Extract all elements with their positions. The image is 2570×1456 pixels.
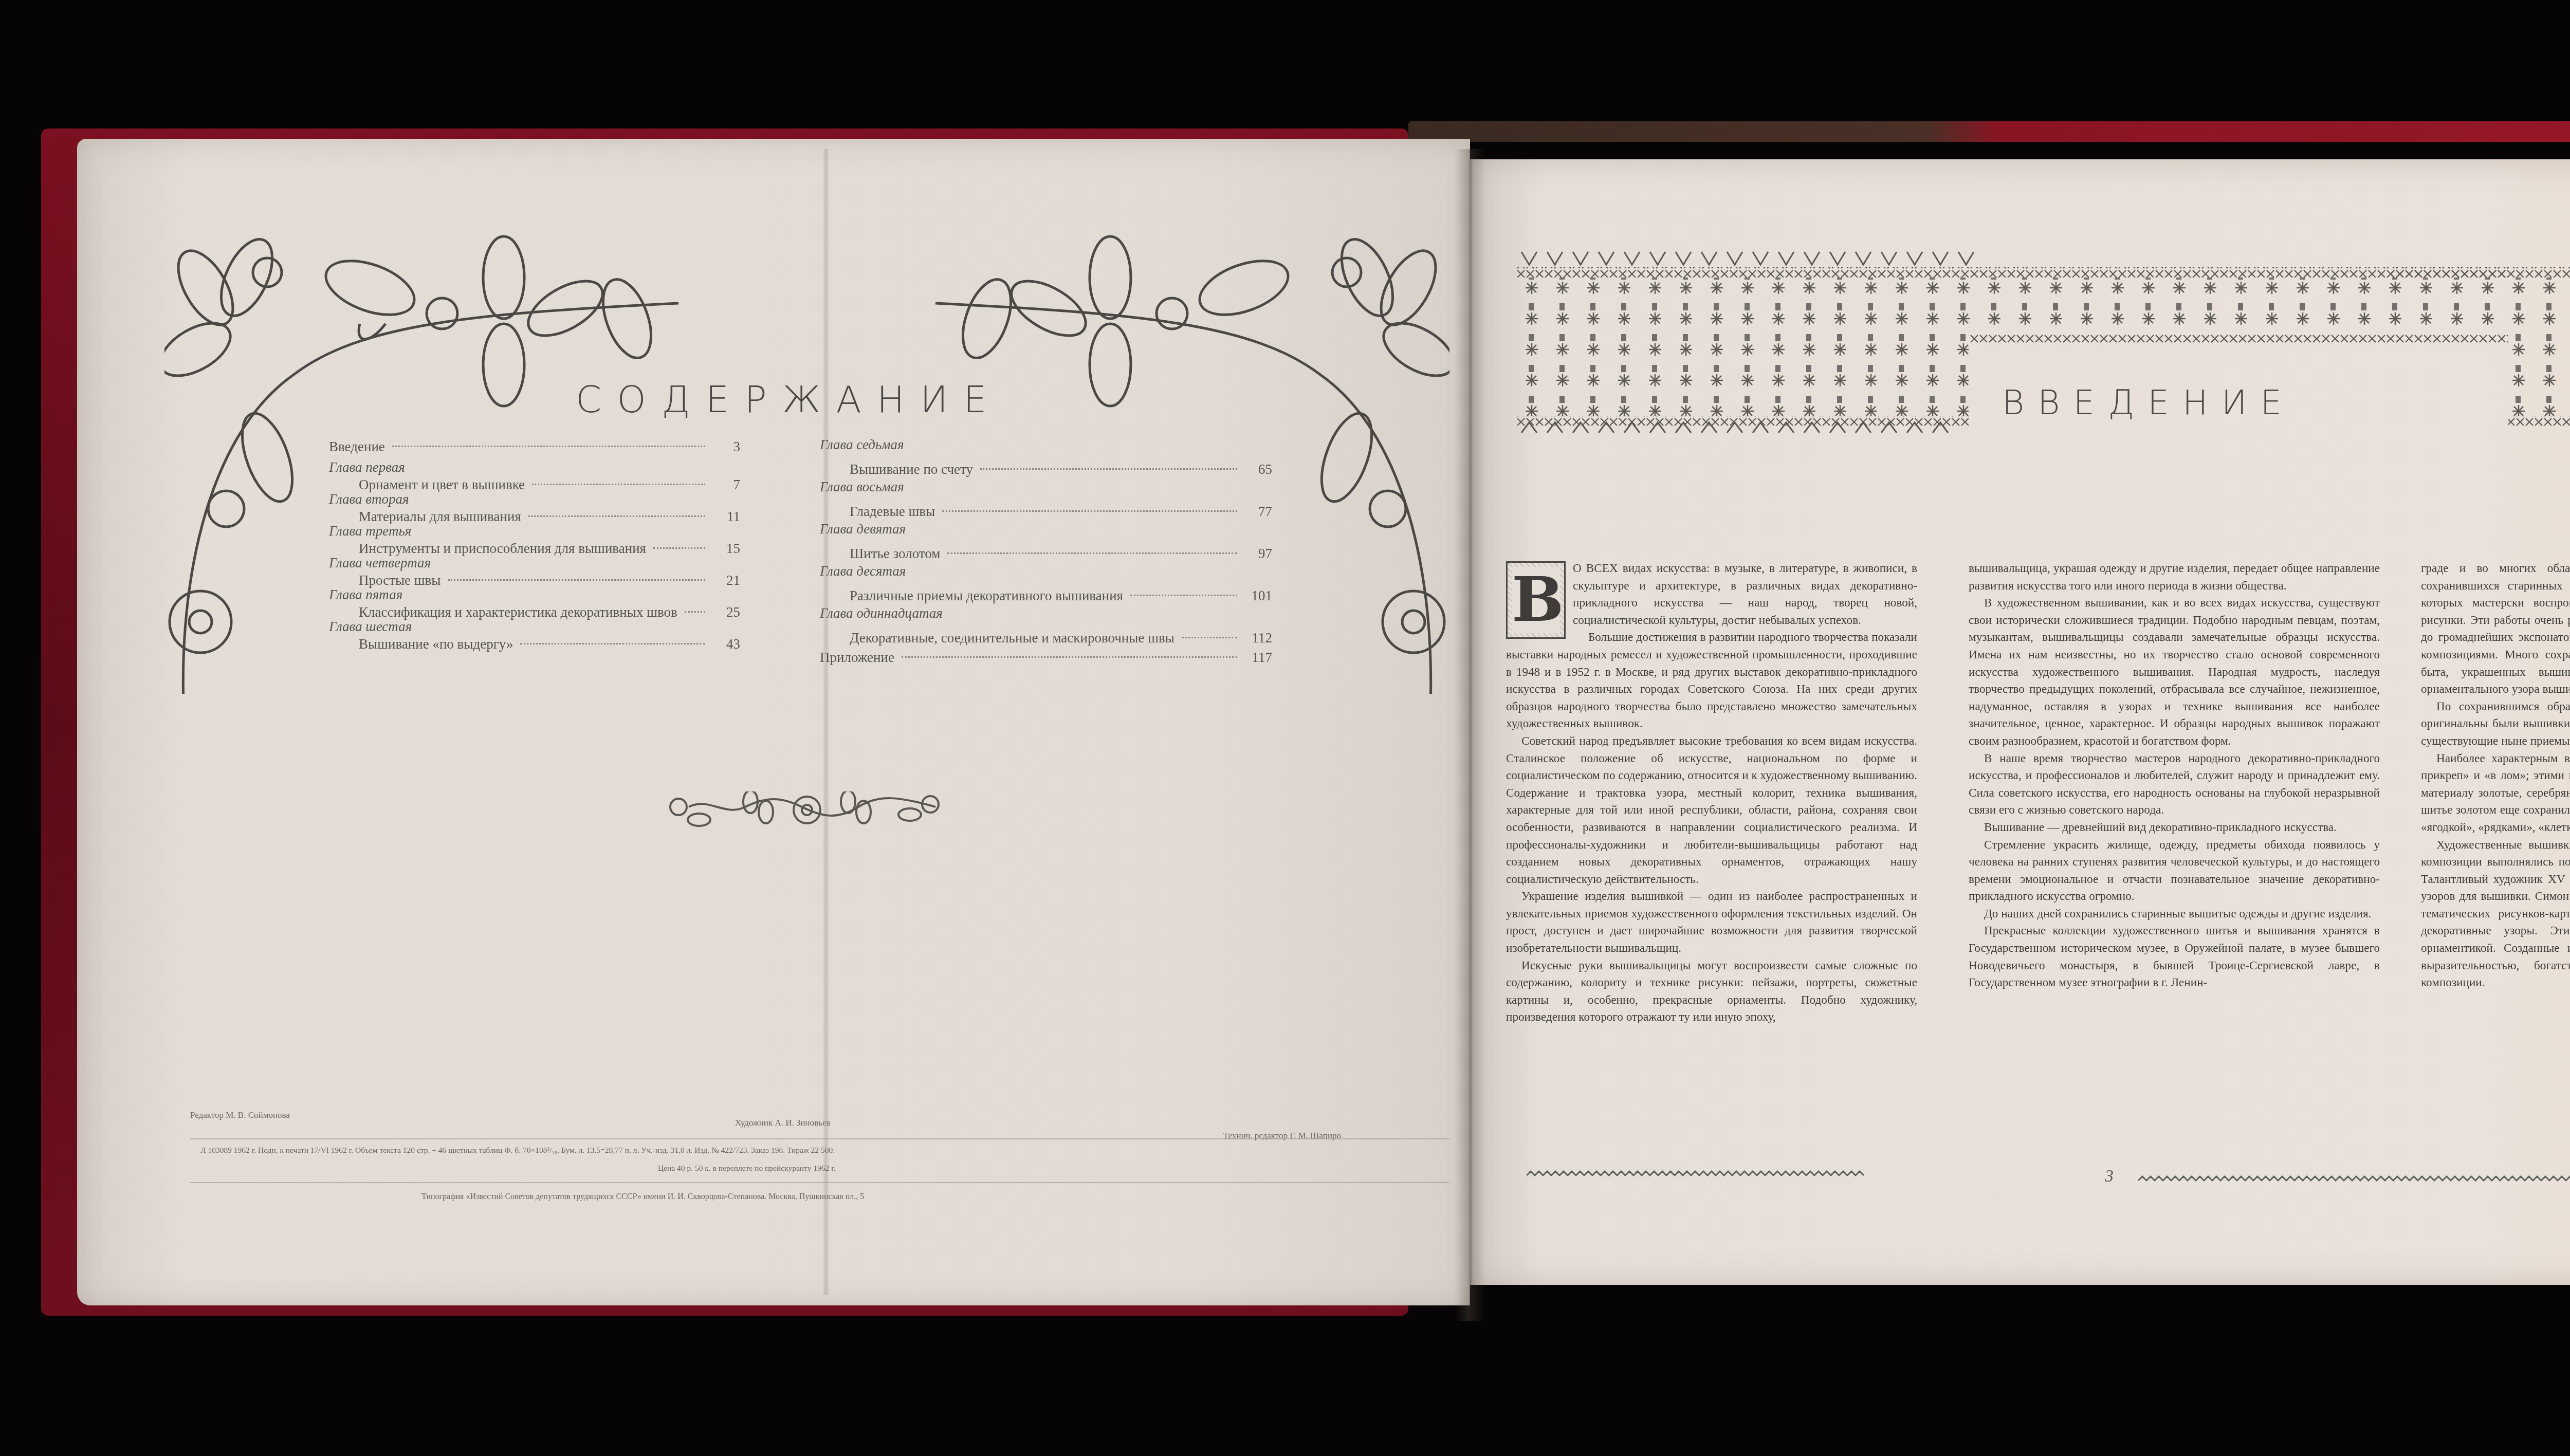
toc-entry[interactable]: Глава первая Орнамент и цвет в вышивке7 — [329, 459, 740, 491]
page-number: 3 — [2105, 1167, 2114, 1186]
paragraph: По сохранившимся образцам можно судить, … — [2421, 698, 2570, 750]
imprint-artist: Художник А. И. Зиновьев — [735, 1118, 831, 1128]
toc-entry-page: 101 — [1244, 588, 1272, 603]
toc-chapter-label: Глава седьмая — [820, 437, 1272, 452]
toc-entry-title: Декоративные, соединительные и маскирово… — [850, 630, 1174, 646]
imprint-tech-editor: Технич. редактор Г. М. Шапиро — [1223, 1131, 1341, 1141]
paragraph: В художественном вышивании, как и во все… — [1969, 595, 2380, 750]
toc-chapter-label: Глава вторая — [329, 491, 740, 507]
text-column-2: вышивальщица, украшая одежду и другие из… — [1969, 560, 2380, 992]
imprint-details: Л 103089 1962 г. Подп. к печати 17/VI 19… — [200, 1146, 835, 1155]
paragraph: граде и во многих областных краеведчески… — [2421, 560, 2570, 698]
imprint-rule — [190, 1182, 1449, 1183]
toc-entry[interactable]: Глава седьмая Вышивание по счету65 — [820, 437, 1272, 479]
toc-entry-page: 21 — [712, 573, 740, 588]
paragraph: Художественные вышивки, особенно большие… — [2421, 837, 2570, 992]
paragraph: Вышивание — древнейший вид декоративно-п… — [1969, 819, 2380, 837]
paragraph: Прекрасные коллекции художественного шит… — [1969, 923, 2380, 991]
toc-entry-page: 43 — [712, 636, 740, 652]
toc-chapter-label: Глава одиннадцатая — [820, 605, 1272, 621]
paragraph: Наиболее характерным видом золотошвейных… — [2421, 750, 2570, 837]
toc-entry[interactable]: Глава пятая Классификация и характеристи… — [329, 587, 740, 619]
toc-entry[interactable]: Глава вторая Материалы для вышивания11 — [329, 491, 740, 523]
toc-chapter-label: Глава третья — [329, 523, 740, 539]
toc-entry[interactable]: Глава десятая Различные приемы декоратив… — [820, 563, 1272, 605]
toc-entry[interactable]: Глава восьмая Гладевые швы77 — [820, 479, 1272, 521]
toc-entry-title: Материалы для вышивания — [359, 509, 521, 524]
toc-chapter-label: Глава девятая — [820, 521, 1272, 537]
paragraph: Советский народ предъявляет высокие треб… — [1506, 733, 1917, 888]
toc-entry[interactable]: Глава одиннадцатая Декоративные, соедини… — [820, 605, 1272, 648]
toc-entry-page: 77 — [1244, 504, 1272, 519]
intro-heading: ВВЕДЕНИЕ — [2002, 383, 2295, 422]
toc-entry-page: 65 — [1244, 462, 1272, 477]
paragraph: В наше время творчество мастеров народно… — [1969, 750, 2380, 819]
toc-entry-title: Классификация и характеристика декоратив… — [359, 604, 677, 620]
imprint-printer: Типография «Известий Советов депутатов т… — [421, 1192, 864, 1202]
toc-entry[interactable]: Глава шестая Вышивание «по выдергу»43 — [329, 619, 740, 651]
toc-entry-title: Приложение — [820, 650, 894, 665]
toc-entry-title: Орнамент и цвет в вышивке — [359, 477, 525, 492]
toc-entry-page: 7 — [712, 477, 740, 492]
imprint-editor: Редактор М. В. Соймонова — [190, 1110, 290, 1120]
toc-chapter-label: Глава восьмая — [820, 479, 1272, 494]
toc-entry-title: Различные приемы декоративного вышивания — [850, 588, 1123, 603]
paragraph: Украшение изделия вышивкой — один из наи… — [1506, 888, 1917, 957]
toc-entry-page: 3 — [712, 439, 740, 454]
toc-entry-title: Гладевые швы — [850, 504, 935, 519]
paragraph: Стремление украсить жилище, одежду, пред… — [1969, 837, 2380, 906]
toc-entry-page: 117 — [1244, 650, 1272, 665]
text-column-3: граде и во многих областных краеведчески… — [2421, 560, 2570, 992]
imprint-rule — [190, 1138, 1449, 1139]
toc-entry[interactable]: Глава девятая Шитье золотом97 — [820, 521, 1272, 563]
toc-chapter-label: Глава пятая — [329, 587, 740, 602]
toc-entry[interactable]: Глава третья Инструменты и приспособлени… — [329, 523, 740, 555]
toc-entry[interactable]: Глава четвертая Простые швы21 — [329, 555, 740, 587]
toc-entry-title: Простые швы — [359, 573, 441, 588]
toc-chapter-label: Глава десятая — [820, 563, 1272, 579]
imprint-price: Цена 40 р. 50 к. в переплете по прейскур… — [658, 1164, 836, 1173]
toc-entry-title: Введение — [329, 439, 385, 454]
toc-column-right: Глава седьмая Вышивание по счету65 Глава… — [820, 437, 1272, 670]
toc-entry-title: Вышивание по счету — [850, 462, 973, 477]
toc-entry-title: Вышивание «по выдергу» — [359, 636, 513, 652]
toc-entry-page: 97 — [1244, 546, 1272, 561]
book-cover-top-edge — [1408, 121, 2570, 142]
toc-entry[interactable]: Введение3 — [329, 439, 740, 459]
paragraph: До наших дней сохранились старинные выши… — [1969, 906, 2380, 923]
toc-entry-page: 25 — [712, 604, 740, 620]
toc-chapter-label: Глава шестая — [329, 619, 740, 634]
toc-entry-title: Инструменты и приспособления для вышиван… — [359, 541, 646, 556]
zigzag-rule-icon — [2138, 1174, 2570, 1187]
text-column-1: В О ВСЕХ видах искусства: в музыке, в ли… — [1506, 560, 1917, 1026]
book-gutter — [1455, 149, 1485, 1321]
paragraph: Большие достижения в развитии народного … — [1506, 629, 1917, 733]
paragraph: Искусные руки вышивальщицы могут воспрои… — [1506, 957, 1917, 1026]
dropcap-ornament-icon: В — [1506, 561, 1566, 639]
toc-chapter-label: Глава четвертая — [329, 555, 740, 570]
floral-border-ornament-icon — [668, 791, 946, 833]
toc-entry-title: Шитье золотом — [850, 546, 940, 561]
toc-chapter-label: Глава первая — [329, 459, 740, 475]
paragraph: вышивальщица, украшая одежду и другие из… — [1969, 560, 2380, 595]
toc-entry-page: 15 — [712, 541, 740, 556]
toc-entry[interactable]: Приложение117 — [820, 650, 1272, 670]
zigzag-rule-icon — [1527, 1169, 2087, 1182]
toc-column-left: Введение3 Глава первая Орнамент и цвет в… — [329, 437, 740, 651]
toc-entry-page: 112 — [1244, 630, 1272, 646]
toc-heading: СОДЕРЖАНИЕ — [576, 378, 1038, 421]
paragraph: О ВСЕХ видах искусства: в музыке, в лите… — [1506, 560, 1917, 629]
toc-entry-page: 11 — [712, 509, 740, 524]
